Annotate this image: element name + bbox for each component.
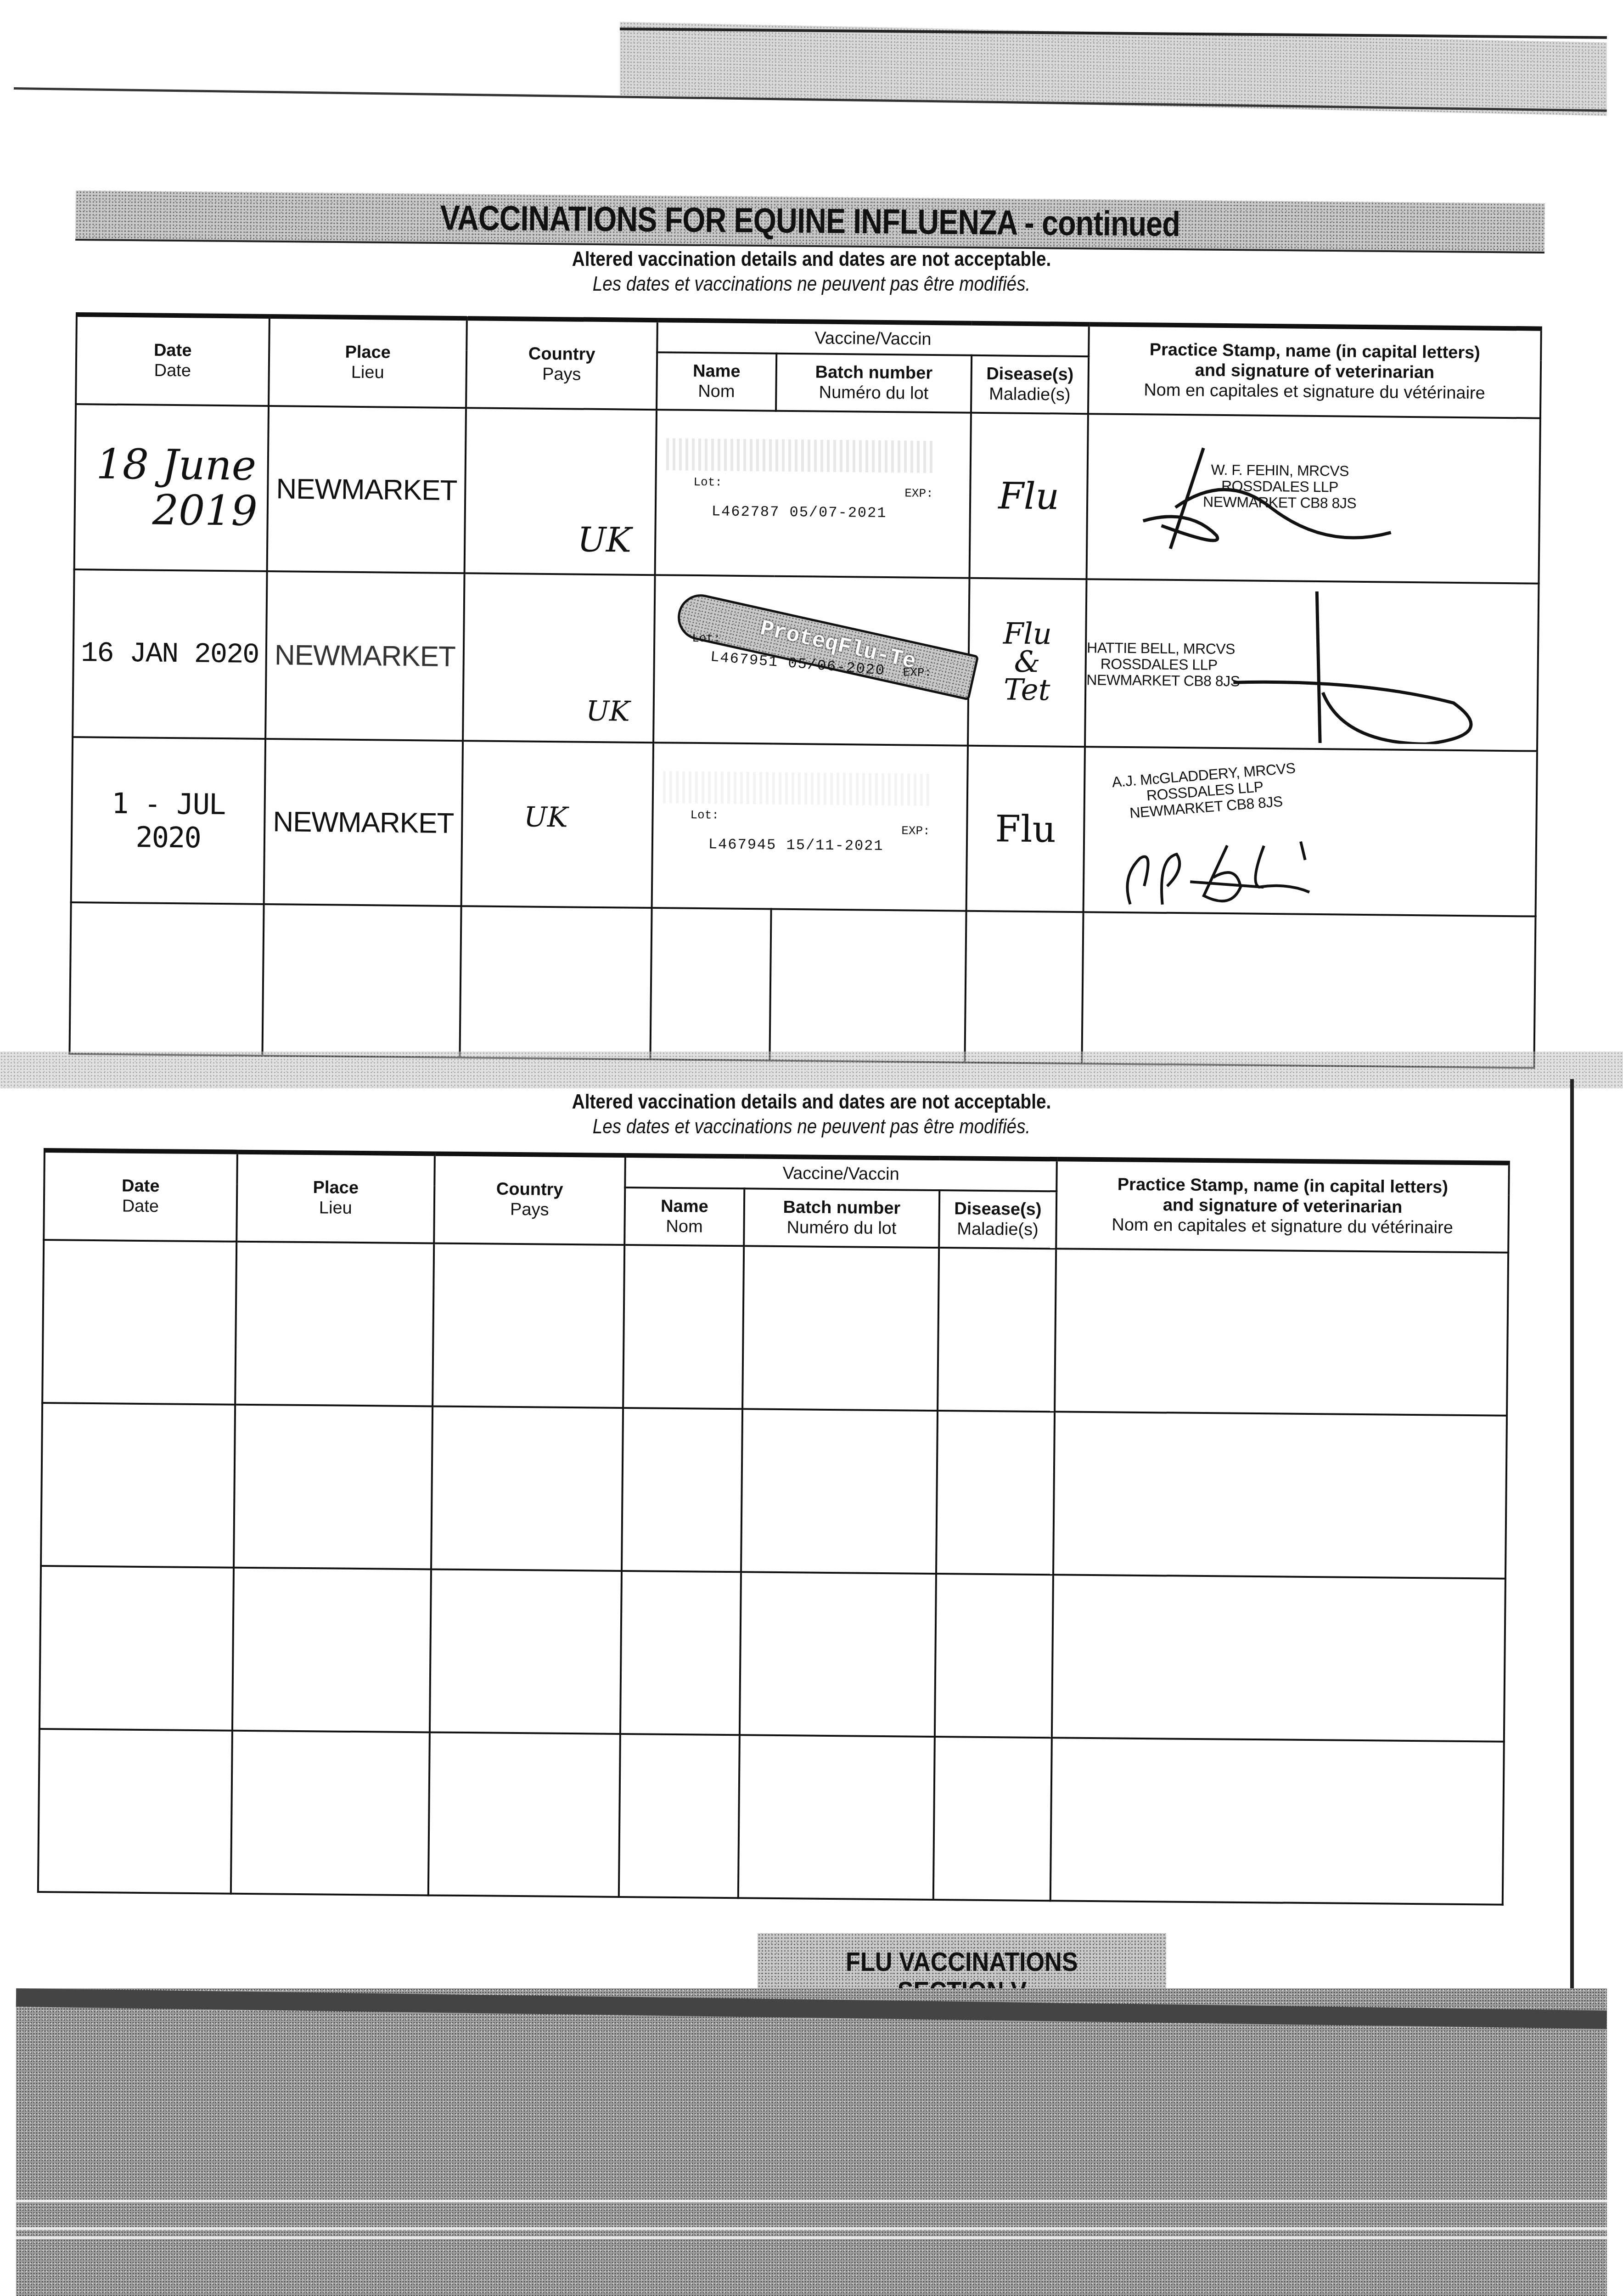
disease-cell: Flu (970, 413, 1088, 579)
header-vaccine-name: Name Nom (657, 352, 776, 411)
table-row-empty (69, 902, 1535, 1068)
section-tab-line1: FLU VACCINATIONS (846, 1947, 1078, 1977)
empty-cell[interactable] (1053, 1412, 1507, 1579)
empty-cell[interactable] (432, 1243, 624, 1408)
place-cell: NEWMARKET (264, 739, 463, 906)
header-practice-stamp: Practice Stamp, name (in capital letters… (1088, 324, 1541, 418)
handwritten-date: 18 June (85, 441, 267, 489)
date-cell: 16 JAN 2020 (73, 569, 267, 739)
table-row: 16 JAN 2020 NEWMARKET UK ProteqFlu-Te Lo… (73, 569, 1539, 751)
header-place: Place Lieu (269, 316, 467, 408)
empty-cell[interactable] (430, 1569, 622, 1734)
lot-label: Lot: (692, 631, 721, 646)
redacted-vaccine-name (663, 771, 930, 806)
table-row-empty (39, 1566, 1505, 1742)
exp-label: EXP: (901, 824, 930, 838)
vet-stamp-text: A.J. McGLADDERY, MRCVS ROSSDALES LLP NEW… (1112, 760, 1298, 822)
vet-stamp-cell: HATTIE BELL, MRCVS ROSSDALES LLP NEWMARK… (1085, 579, 1539, 751)
empty-cell[interactable] (262, 904, 461, 1058)
notice-english: Altered vaccination details and dates ar… (97, 248, 1526, 271)
lot-label: Lot: (690, 808, 719, 822)
empty-cell[interactable] (232, 1568, 431, 1733)
redacted-vaccine-name (666, 438, 933, 473)
header-batch-number: Batch number Numéro du lot (744, 1188, 939, 1248)
table-row: 1 - JUL 2020 NEWMARKET UK Lot: EXP: L467… (71, 737, 1537, 917)
header-country: Country Pays (434, 1154, 625, 1245)
vaccine-label-sticker: Lot: EXP: L462787 05/07-2021 (655, 410, 971, 578)
disease-cell: Flu & Tet (968, 578, 1087, 747)
header-place: Place Lieu (236, 1152, 435, 1244)
header-batch-number: Batch number Numéro du lot (776, 354, 972, 413)
exp-label: EXP: (904, 486, 933, 501)
notice-english: Altered vaccination details and dates ar… (97, 1091, 1526, 1114)
exp-label: EXP: (903, 665, 932, 680)
vet-stamp-cell: W. F. FEHIN, MRCVS ROSSDALES LLP NEWMARK… (1087, 414, 1540, 583)
empty-cell[interactable] (38, 1729, 232, 1894)
empty-cell[interactable] (622, 1408, 742, 1572)
empty-cell[interactable] (619, 1734, 740, 1898)
table-row: 18 June 2019 NEWMARKET UK Lot: EXP: L462… (74, 404, 1540, 584)
table-row-empty (42, 1240, 1508, 1416)
empty-cell[interactable] (428, 1732, 620, 1897)
place-cell: NEWMARKET (267, 406, 466, 573)
lot-expiry-value: L462787 05/07-2021 (712, 503, 887, 522)
empty-cell[interactable] (39, 1566, 234, 1731)
header-disease: Disease(s) Maladie(s) (971, 355, 1089, 414)
empty-cell[interactable] (740, 1572, 936, 1737)
date-cell: 18 June 2019 (74, 404, 269, 571)
vaccine-label-sticker: ProteqFlu-Te Lot: EXP: L467951 05/06-202… (653, 575, 969, 746)
header-vaccine-group: Vaccine/Vaccin (657, 320, 1089, 356)
vet-stamp-text: W. F. FEHIN, MRCVS ROSSDALES LLP NEWMARK… (1203, 462, 1357, 512)
empty-cell[interactable] (234, 1405, 432, 1570)
vaccine-label-sticker: Lot: EXP: L467945 15/11-2021 (652, 743, 968, 911)
notice-french: Les dates et vaccinations ne peuvent pas… (97, 273, 1526, 296)
vet-stamp-cell: A.J. McGLADDERY, MRCVS ROSSDALES LLP NEW… (1084, 747, 1537, 916)
empty-cell[interactable] (938, 1248, 1056, 1412)
page-title: VACCINATIONS FOR EQUINE INFLUENZA - cont… (440, 198, 1180, 244)
table-row-empty (38, 1729, 1504, 1905)
section-title-bar: VACCINATIONS FOR EQUINE INFLUENZA - cont… (75, 191, 1545, 253)
overlap-title-bar (0, 1052, 1623, 1088)
scan-gap-line (16, 2200, 1607, 2202)
empty-cell[interactable] (235, 1242, 434, 1407)
vaccination-table-lower: Date Date Place Lieu Country Pays Vaccin… (37, 1148, 1510, 1906)
alteration-notice-lower: Altered vaccination details and dates ar… (0, 1091, 1623, 1138)
header-date: Date Date (44, 1150, 237, 1242)
header-practice-stamp: Practice Stamp, name (in capital letters… (1056, 1159, 1509, 1253)
scan-artifact-top (0, 28, 1623, 119)
empty-cell[interactable] (69, 902, 264, 1056)
vet-stamp-text: HATTIE BELL, MRCVS ROSSDALES LLP NEWMARK… (1086, 640, 1240, 690)
empty-cell[interactable] (965, 911, 1083, 1064)
empty-cell[interactable] (431, 1406, 623, 1571)
empty-cell[interactable] (231, 1731, 430, 1896)
scan-edge-band (16, 1988, 1607, 2029)
empty-cell[interactable] (1050, 1738, 1504, 1905)
empty-cell[interactable] (460, 906, 651, 1059)
lot-label: Lot: (693, 475, 722, 490)
header-disease: Disease(s) Maladie(s) (939, 1190, 1056, 1249)
notice-french: Les dates et vaccinations ne peuvent pas… (97, 1115, 1526, 1138)
alteration-notice: Altered vaccination details and dates ar… (0, 248, 1623, 296)
signature-icon (1224, 586, 1537, 745)
empty-cell[interactable] (1052, 1575, 1505, 1742)
empty-cell[interactable] (623, 1245, 744, 1409)
empty-cell[interactable] (738, 1735, 935, 1900)
disease-cell: Flu (966, 746, 1085, 912)
empty-cell[interactable] (935, 1574, 1053, 1738)
scan-gap-line (16, 2227, 1607, 2230)
place-cell: NEWMARKET (265, 571, 464, 741)
empty-cell[interactable] (769, 909, 966, 1063)
lot-expiry-value: L467945 15/11-2021 (708, 836, 884, 855)
page-edge-line (1570, 1079, 1574, 2020)
scan-gap-line (16, 2236, 1607, 2239)
empty-cell[interactable] (1082, 912, 1535, 1068)
empty-cell[interactable] (742, 1246, 939, 1411)
header-vaccine-group: Vaccine/Vaccin (625, 1155, 1057, 1191)
empty-cell[interactable] (933, 1737, 1052, 1901)
empty-cell[interactable] (1055, 1249, 1508, 1416)
empty-cell[interactable] (936, 1411, 1055, 1575)
signature-icon (1112, 831, 1443, 912)
vaccination-table-upper: Date Date Place Lieu Country Pays Vaccin… (68, 312, 1542, 1069)
handwritten-year: 2019 (84, 487, 267, 534)
empty-cell[interactable] (41, 1403, 235, 1568)
empty-cell[interactable] (741, 1409, 938, 1574)
header-date: Date Date (76, 315, 270, 406)
header-country: Country Pays (466, 318, 657, 410)
country-cell: UK (465, 408, 657, 575)
date-cell: 1 - JUL 2020 (71, 737, 265, 904)
empty-cell[interactable] (650, 908, 771, 1060)
country-cell: UK (463, 573, 655, 743)
empty-cell[interactable] (620, 1571, 741, 1735)
empty-cell[interactable] (42, 1240, 236, 1405)
country-cell: UK (461, 741, 653, 908)
header-vaccine-name: Name Nom (624, 1187, 744, 1246)
table-row-empty (41, 1403, 1507, 1579)
scan-artifact-bottom (16, 1988, 1607, 2296)
